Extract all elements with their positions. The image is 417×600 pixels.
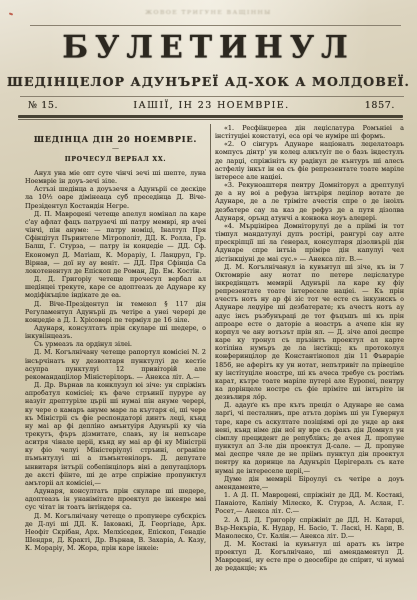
scanned-newspaper-page: ЖОВОЕ ТРИГУНЕ ВАЩІННЫ БУЛЕТИНУЛ ШЕДІНЦЕЛ… (0, 0, 417, 600)
masthead-rule (20, 96, 404, 97)
paragraph: Астъзі шедінца а доуъзечя а Адунъріі се … (25, 185, 206, 209)
paragraph: Д. М. Костакі іа кувънтул ші аратъ къ ін… (215, 540, 404, 571)
column-divider-rule (210, 124, 211, 571)
double-rule-thick (18, 115, 403, 118)
newspaper-title: БУЛЕТИНУЛ (0, 29, 417, 65)
paragraph: Съ урмеазъ ла ордінул зілеі. (25, 340, 206, 348)
paragraph: Адунаря, консултатъ прін скуларе ші шеде… (25, 487, 206, 511)
newspaper-subtitle: ШЕДІНЦЕЛОР АДУНЪРЕЇ АД-ХОК А МОЛДОВЕЇ. (0, 74, 417, 89)
paragraph: Д. П. Мавроџені четеще апелул номінал ла… (25, 210, 206, 275)
issue-number: № 15. (28, 100, 58, 111)
dateline: ІАШІЇ, ІН 23 НОЕМВРІЕ. (133, 100, 289, 111)
amendment-item: 2. А Д. Д. Григоріу спріжініт де ДД. Н. … (215, 516, 404, 540)
paragraph: Д. Д. Григоріу четеще прочесул вербал ал… (25, 275, 206, 299)
bleed-through-text: ЖОВОЕ ТРИГУНЕ ВАЩІННЫ (0, 9, 417, 15)
paragraph: Д. адауґе къ пре кътъ преціл о Адунаре н… (215, 401, 404, 474)
paragraph: Адунаря, консултатъ прін скуларе ші шеде… (25, 324, 206, 340)
paragraph: Анул уна міе опт суте чінчі зечі ші шепт… (25, 169, 206, 185)
paragraph: Д. М. Когълнічану четеще о пропунере суб… (25, 512, 206, 553)
paragraph: Думе дін мемвріі Біроулуі съ четіре а до… (215, 475, 404, 491)
divider-ornament: — (25, 144, 206, 153)
masthead-row: № 15. ІАШІЇ, ІН 23 НОЕМВРІЕ. 1857. (28, 100, 395, 111)
two-column-body: ШЕДІНЦА ДІН 20 НОЕМВРІЕ. — ПРОЧЕСУЛ ВЕРБ… (25, 124, 404, 571)
numbered-point: «4. Мърџініреа Домніторулуі де а пріімі … (215, 222, 404, 263)
amendment-item: 1. А Д. П. Мавроџені, спріжініт де ДД. М… (215, 491, 404, 515)
proces-verbal-heading: ПРОЧЕСУЛ ВЕРБАЛ XX. (25, 156, 206, 163)
year: 1857. (365, 100, 395, 111)
double-rule (18, 115, 403, 120)
numbered-point: «2. О сінгуръ Адунаре націоналъ леџелато… (215, 140, 404, 181)
paragraph: Д. Др. Върнав ла конклузул юі зіче: ун с… (25, 381, 206, 487)
numbered-point: «1. Ресфіінџереа дін леџіслатура Ромъніе… (215, 124, 404, 140)
session-heading: ШЕДІНЦА ДІН 20 НОЕМВРІЕ. (25, 134, 206, 144)
left-column: ШЕДІНЦА ДІН 20 НОЕМВРІЕ. — ПРОЧЕСУЛ ВЕРБ… (25, 124, 206, 571)
paragraph: Д. Віче-Презідентул ін темеюл § 117 дін … (25, 300, 206, 324)
paragraph: Д. М. Когълнічанул іа кувънтул ші зіче, … (215, 263, 404, 402)
right-column: «1. Ресфіінџереа дін леџіслатура Ромъніе… (215, 124, 404, 571)
numbered-point: «3. Рекуноаштеря пентру Домніторул а дре… (215, 181, 404, 222)
top-rule (30, 25, 401, 26)
double-rule-thin (18, 119, 403, 120)
paragraph: Д. М. Когълнічану четеще рапортул комісі… (25, 348, 206, 381)
